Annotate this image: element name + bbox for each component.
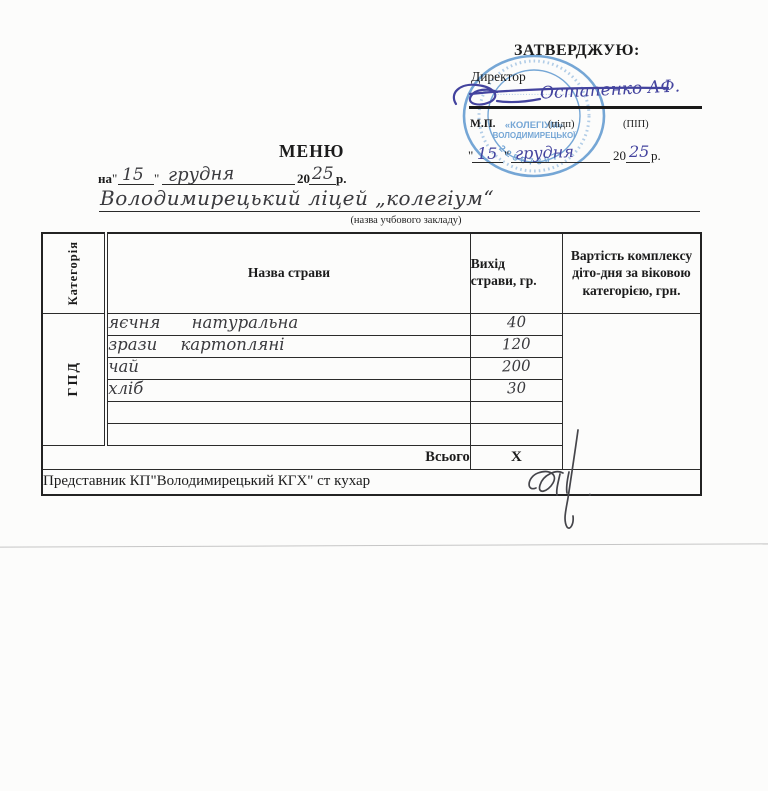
dish-cell: чай [106,357,470,379]
output-handwritten: 30 [507,378,527,397]
mp-label: М.П. [470,118,496,130]
header-dish: Назва страви [106,233,470,313]
category-value: ГПД [66,361,82,396]
table-header-row: Категорія Назва страви Вихід страви, гр.… [42,233,701,313]
output-handwritten: 120 [502,334,531,353]
school-name-underline [99,192,700,212]
approval-date-day-underline [472,147,503,163]
representative-line: Представник КП"Володимирецький КГХ" ст к… [42,469,701,495]
fullname-caption: (ПІП) [623,119,649,130]
approval-date-month-underline [511,147,610,163]
menu-date-close-quote: " [154,171,159,187]
output-cell: 200 [470,357,562,379]
stamp-line2: ВОЛОДИМИРЕЦЬКОЇ [493,131,577,140]
approval-date-close-quote: " [504,148,509,164]
output-handwritten: 200 [502,356,531,375]
menu-date-prefix: на [98,171,112,187]
dish-cell [106,401,470,423]
page-fold-line [0,543,768,547]
total-value: Х [470,445,562,469]
header-category: Категорія [42,233,106,313]
menu-date-year-label: р. [336,171,346,187]
dish-cell [106,423,470,445]
header-output-line2: страви, гр. [471,273,537,288]
dish-handwritten: хліб [108,379,143,398]
header-category-label: Категорія [66,241,81,305]
output-cell [470,423,562,445]
period-after-signature: . [588,484,592,501]
header-output-line1: Вихід [471,256,505,271]
approval-date-year-prefix: 20 [613,148,626,164]
output-cell [470,401,562,423]
menu-date-month-underline [162,168,295,185]
approval-date-year-underline [626,147,650,163]
output-cell: 40 [470,313,562,335]
header-output: Вихід страви, гр. [470,233,562,313]
table-row: ГПД яєчня натуральна 40 [42,313,701,335]
school-name-caption: (назва учбового закладу) [300,215,512,226]
menu-date-day-underline [118,168,154,185]
output-cell: 30 [470,379,562,401]
signature-caption: (підп) [548,119,575,130]
dish-cell: яєчня натуральна [106,313,470,335]
dish-handwritten: яєчня натуральна [108,313,298,332]
dish-cell: зрази картопляні [106,335,470,357]
menu-date-year-underline [309,168,336,185]
approval-date-year-label: р. [651,148,661,164]
dish-handwritten: чай [108,357,139,376]
category-cell: ГПД [42,313,106,445]
dish-cell: хліб [106,379,470,401]
cost-cell-merged [563,313,701,469]
scanned-document-page: ЗАТВЕРДЖУЮ: Директор ···················… [0,0,768,791]
output-cell: 120 [470,335,562,357]
signature-line [469,106,702,109]
total-label: Всього [42,445,470,469]
header-cost: Вартість комплексу діто-дня за віковою к… [563,233,701,313]
menu-date-open-quote: " [112,171,117,187]
dish-handwritten: зрази картопляні [108,335,284,354]
menu-table: Категорія Назва страви Вихід страви, гр.… [41,232,702,496]
menu-title: МЕНЮ [279,141,345,162]
table-footer-row: Представник КП"Володимирецький КГХ" ст к… [42,469,701,495]
output-handwritten: 40 [507,312,527,331]
